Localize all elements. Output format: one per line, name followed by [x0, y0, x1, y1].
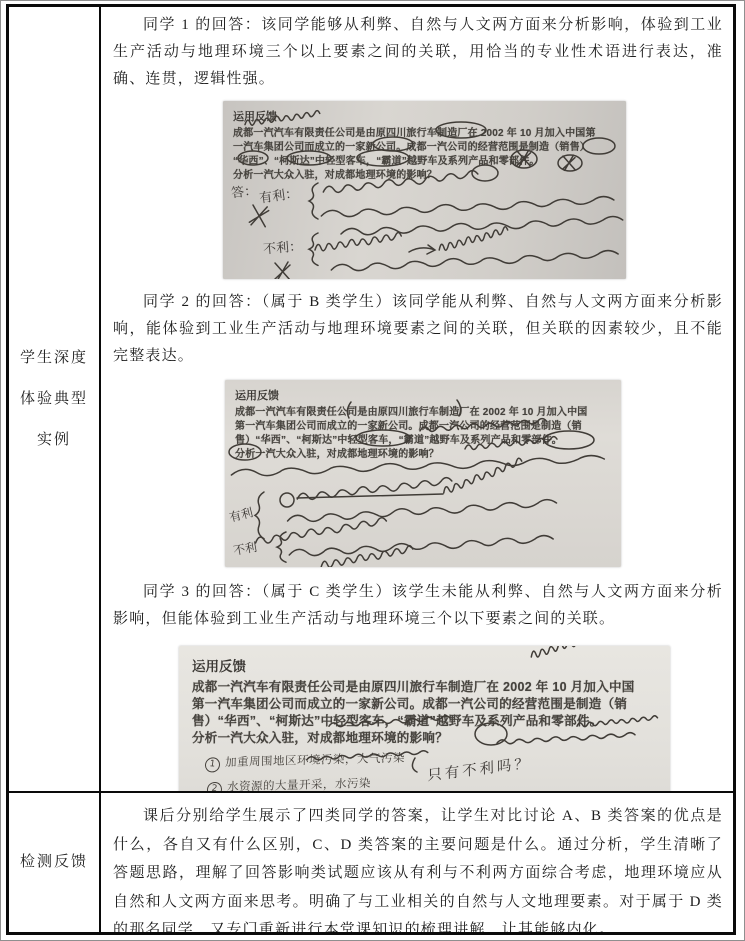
student2-work-photo: 运用反馈 成都一汽汽车有限责任公司是由原四川旅行车制造厂在 2002 年 10 … — [225, 380, 621, 567]
student1-work-photo: 运用反馈 成都一汽汽车有限责任公司是由原四川旅行车制造厂在 2002 年 10 … — [223, 101, 626, 279]
experience-label-cell: 学生深度 体验典型 实例 — [9, 7, 101, 793]
label-line: 学生深度 — [20, 338, 88, 379]
handwriting-scribble-overlay — [225, 380, 621, 567]
label-line: 实例 — [37, 420, 71, 461]
experience-content-cell: 同学 1 的回答：该同学能够从利弊、自然与人文两方面来分析影响，体验到工业生产活… — [101, 7, 733, 793]
handwriting-scribble-overlay — [179, 646, 670, 793]
student2-paragraph: 同学 2 的回答：（属于 B 类学生）该同学能从利弊、自然与人文两方面来分析影响… — [113, 289, 723, 370]
document-table: 学生深度 体验典型 实例 同学 1 的回答：该同学能够从利弊、自然与人文两方面来… — [6, 4, 736, 935]
feedback-label-cell: 检测反馈 — [9, 793, 101, 932]
student3-paragraph: 同学 3 的回答：（属于 C 类学生）该学生未能从利弊、自然与人文两方面来分析影… — [113, 579, 723, 633]
feedback-label: 检测反馈 — [20, 842, 88, 883]
student1-paragraph: 同学 1 的回答：该同学能够从利弊、自然与人文两方面来分析影响，体验到工业生产活… — [113, 12, 723, 93]
feedback-content-cell: 课后分别给学生展示了四类同学的答案，让学生对比讨论 A、B 类答案的优点是什么，… — [101, 793, 733, 932]
handwriting-scribble-overlay — [223, 101, 626, 279]
student3-work-photo: 运用反馈 成都一汽汽车有限责任公司是由原四川旅行车制造厂在 2002 年 10 … — [179, 646, 670, 793]
feedback-paragraph: 课后分别给学生展示了四类同学的答案，让学生对比讨论 A、B 类答案的优点是什么，… — [113, 802, 723, 932]
label-line: 体验典型 — [20, 379, 88, 420]
